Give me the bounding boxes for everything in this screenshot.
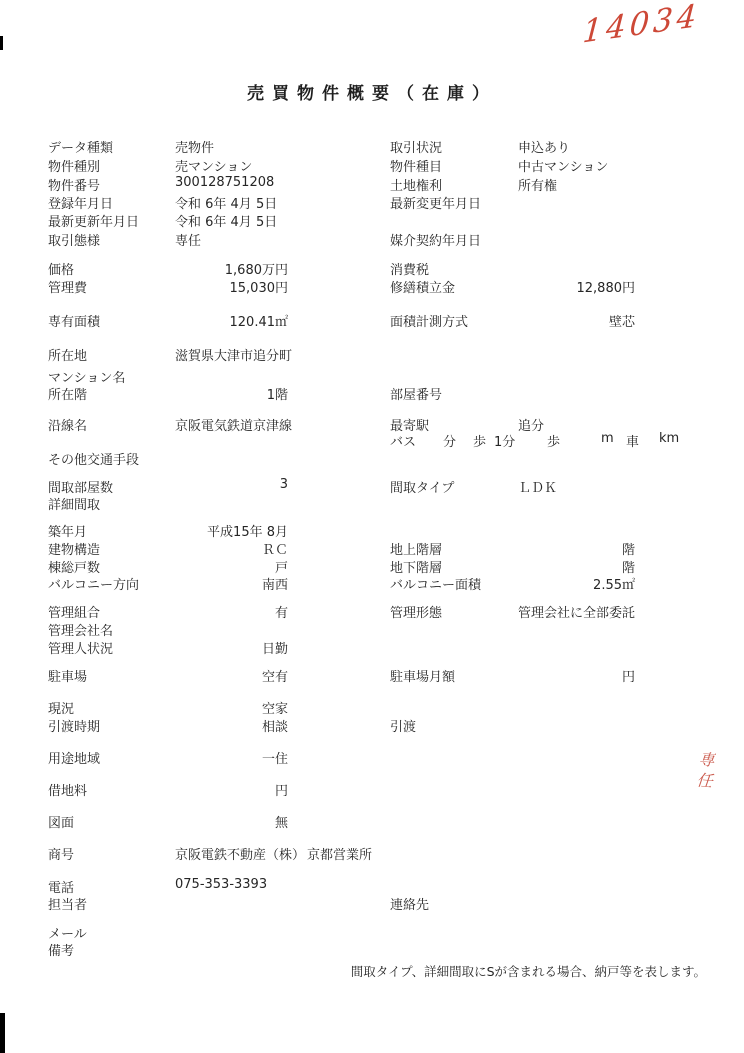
field-label: 消費税 — [390, 259, 429, 278]
row-mail: メール — [0, 923, 744, 940]
row-last-update-date: 最新更新年月日 令和 6年 4月 5日 — [0, 211, 744, 228]
field-label: 面積計測方式 — [390, 311, 468, 330]
row-transaction-style: 取引態様 専任 媒介契約年月日 — [0, 230, 744, 247]
footer-note: 間取タイプ、詳細間取にSが含まれる場合、納戸等を表します。 — [351, 962, 706, 980]
field-label: 修繕積立金 — [390, 277, 455, 296]
field-value: 管理会社に全部委託 — [518, 602, 635, 621]
scanned-property-sheet: { "page": { "title": "売買物件概要（在庫）", "hand… — [0, 0, 744, 1053]
field-value: 日勤 — [168, 638, 288, 657]
row-remarks: 備考 — [0, 940, 744, 957]
row-manager-status: 管理人状況 日勤 — [0, 638, 744, 655]
scan-artifact-top-left — [0, 36, 3, 50]
field-label: 管理会社名 — [48, 620, 113, 639]
field-value: 中古マンション — [518, 156, 608, 175]
field-label: バルコニー方向 — [48, 574, 139, 593]
field-label: 物件番号 — [48, 175, 100, 194]
row-management-fee: 管理費 15,030円 修繕積立金 12,880円 — [0, 277, 744, 294]
row-property-type: 物件種別 売マンション 物件種目 中古マンション — [0, 156, 744, 173]
scan-artifact-bottom-left — [0, 1013, 5, 1053]
field-label: 取引状況 — [390, 137, 442, 156]
document-page: 14034 売買物件概要（在庫） データ種類 売物件 取引状況 申込あり 物件種… — [0, 0, 744, 1053]
access-bus-label: バス — [390, 431, 416, 450]
field-label: 引渡時期 — [48, 716, 100, 735]
row-management-assoc: 管理組合 有 管理形態 管理会社に全部委託 — [0, 602, 744, 619]
field-value: 令和 6年 4月 5日 — [175, 211, 277, 230]
field-label: 管理形態 — [390, 602, 442, 621]
row-rail-line: 沿線名 京阪電気鉄道京津線 最寄駅 追分 — [0, 415, 744, 432]
field-label: 現況 — [48, 698, 74, 717]
field-value: 円 — [512, 666, 635, 685]
row-data-kind: データ種類 売物件 取引状況 申込あり — [0, 137, 744, 154]
field-label: 担当者 — [48, 894, 87, 913]
row-exclusive-area: 専有面積 120.41㎡ 面積計測方式 壁芯 — [0, 311, 744, 328]
field-label: 用途地域 — [48, 748, 100, 767]
field-label: 備考 — [48, 940, 74, 959]
access-km-unit: km — [659, 431, 679, 446]
field-label: 物件種目 — [390, 156, 442, 175]
row-handover-timing: 引渡時期 相談 引渡 — [0, 716, 744, 733]
access-walk-label: 歩 — [473, 431, 486, 450]
field-label: 築年月 — [48, 521, 87, 540]
row-mansion-name: マンション名 — [0, 367, 744, 384]
field-value: 相談 — [168, 716, 288, 735]
field-value: 無 — [168, 812, 288, 831]
row-current-state: 現況 空家 — [0, 698, 744, 715]
field-label: 図面 — [48, 812, 74, 831]
field-value: 売物件 — [175, 137, 214, 156]
row-total-units: 棟総戸数 戸 地下階層 階 — [0, 557, 744, 574]
row-property-number: 物件番号 300128751208 土地権利 所有権 — [0, 175, 744, 192]
field-label: 所在地 — [48, 345, 87, 364]
field-value: ＲＣ — [168, 539, 288, 558]
field-label: 最新変更年月日 — [390, 193, 481, 212]
row-access-units: バス 分 歩 1分 歩 m 車 km — [0, 431, 744, 448]
row-phone: 電話 075-353-3393 — [0, 877, 744, 894]
field-value: 滋賀県大津市追分町 — [175, 345, 292, 364]
row-management-company: 管理会社名 — [0, 620, 744, 637]
field-value: 有 — [168, 602, 288, 621]
field-label: 詳細間取 — [48, 494, 100, 513]
field-value: 令和 6年 4月 5日 — [175, 193, 277, 212]
field-label: 部屋番号 — [390, 384, 442, 403]
field-label: データ種類 — [48, 137, 113, 156]
access-car-label: 車 — [626, 431, 639, 450]
field-value: 空家 — [168, 698, 288, 717]
row-balcony-direction: バルコニー方向 南西 バルコニー面積 2.55㎡ — [0, 574, 744, 591]
field-value: 1,680万円 — [168, 259, 288, 278]
field-label: 所在階 — [48, 384, 87, 403]
row-floor-located: 所在階 1階 部屋番号 — [0, 384, 744, 401]
field-value: 専任 — [175, 230, 201, 249]
field-label: その他交通手段 — [48, 449, 139, 468]
field-value: 120.41㎡ — [168, 311, 288, 330]
field-label: 物件種別 — [48, 156, 100, 175]
row-built-date: 築年月 平成15年 8月 — [0, 521, 744, 538]
row-price: 価格 1,680万円 消費税 — [0, 259, 744, 276]
handwritten-stamp-annotation: 専任 — [691, 750, 718, 794]
field-value: 円 — [168, 780, 288, 799]
field-label: 登録年月日 — [48, 193, 113, 212]
access-bus-min-unit: 分 — [443, 431, 456, 450]
field-value-office: 京都営業所 — [307, 844, 372, 863]
field-value: 所有権 — [518, 175, 557, 194]
access-walk2-label: 歩 — [547, 431, 560, 450]
field-label: 管理組合 — [48, 602, 100, 621]
page-title: 売買物件概要（在庫） — [0, 79, 744, 104]
access-walk-min-value: 1分 — [494, 431, 515, 450]
field-value: 申込あり — [518, 137, 570, 156]
handwritten-number-annotation: 14034 — [581, 0, 701, 51]
field-value: 平成15年 8月 — [168, 521, 288, 540]
row-other-transport: その他交通手段 — [0, 449, 744, 466]
field-label: 借地料 — [48, 780, 87, 799]
row-structure: 建物構造 ＲＣ 地上階層 階 — [0, 539, 744, 556]
field-value: 075-353-3393 — [175, 877, 267, 892]
field-label: 媒介契約年月日 — [390, 230, 481, 249]
field-label: 土地権利 — [390, 175, 442, 194]
row-detail-layout: 詳細間取 — [0, 494, 744, 511]
field-label: 取引態様 — [48, 230, 100, 249]
field-value: 空有 — [168, 666, 288, 685]
field-value: 南西 — [168, 574, 288, 593]
field-label: 専有面積 — [48, 311, 100, 330]
row-location: 所在地 滋賀県大津市追分町 — [0, 345, 744, 362]
row-company-name: 商号 京阪電鉄不動産（株） 京都営業所 — [0, 844, 744, 861]
field-value: 300128751208 — [175, 175, 274, 190]
field-value: 京阪電鉄不動産（株） — [175, 844, 305, 863]
field-label: 駐車場 — [48, 666, 87, 685]
field-label: 最新更新年月日 — [48, 211, 139, 230]
field-label: バルコニー面積 — [390, 574, 481, 593]
row-parking: 駐車場 空有 駐車場月額 円 — [0, 666, 744, 683]
field-label: 価格 — [48, 259, 74, 278]
field-label: 連絡先 — [390, 894, 429, 913]
field-label: 建物構造 — [48, 539, 100, 558]
field-label: 管理費 — [48, 277, 87, 296]
access-m-unit: m — [601, 431, 614, 446]
field-label: 引渡 — [390, 716, 416, 735]
field-value: 壁芯 — [512, 311, 635, 330]
row-land-rent: 借地料 円 — [0, 780, 744, 797]
row-zoning: 用途地域 一住 — [0, 748, 744, 765]
row-drawing: 図面 無 — [0, 812, 744, 829]
row-person-in-charge: 担当者 連絡先 — [0, 894, 744, 911]
row-room-count: 間取部屋数 3 間取タイプ ＬＤＫ — [0, 477, 744, 494]
field-value: 3 — [168, 477, 288, 492]
field-value: 1階 — [168, 384, 288, 403]
field-label: 地上階層 — [390, 539, 442, 558]
field-label: 駐車場月額 — [390, 666, 455, 685]
field-value: 12,880円 — [512, 277, 635, 296]
row-registration-date: 登録年月日 令和 6年 4月 5日 最新変更年月日 — [0, 193, 744, 210]
field-value: 一住 — [168, 748, 288, 767]
field-label: 管理人状況 — [48, 638, 113, 657]
field-value: 売マンション — [175, 156, 252, 175]
field-value: 2.55㎡ — [512, 574, 635, 593]
field-label: 商号 — [48, 844, 74, 863]
field-value: 15,030円 — [168, 277, 288, 296]
field-value: 階 — [512, 539, 635, 558]
